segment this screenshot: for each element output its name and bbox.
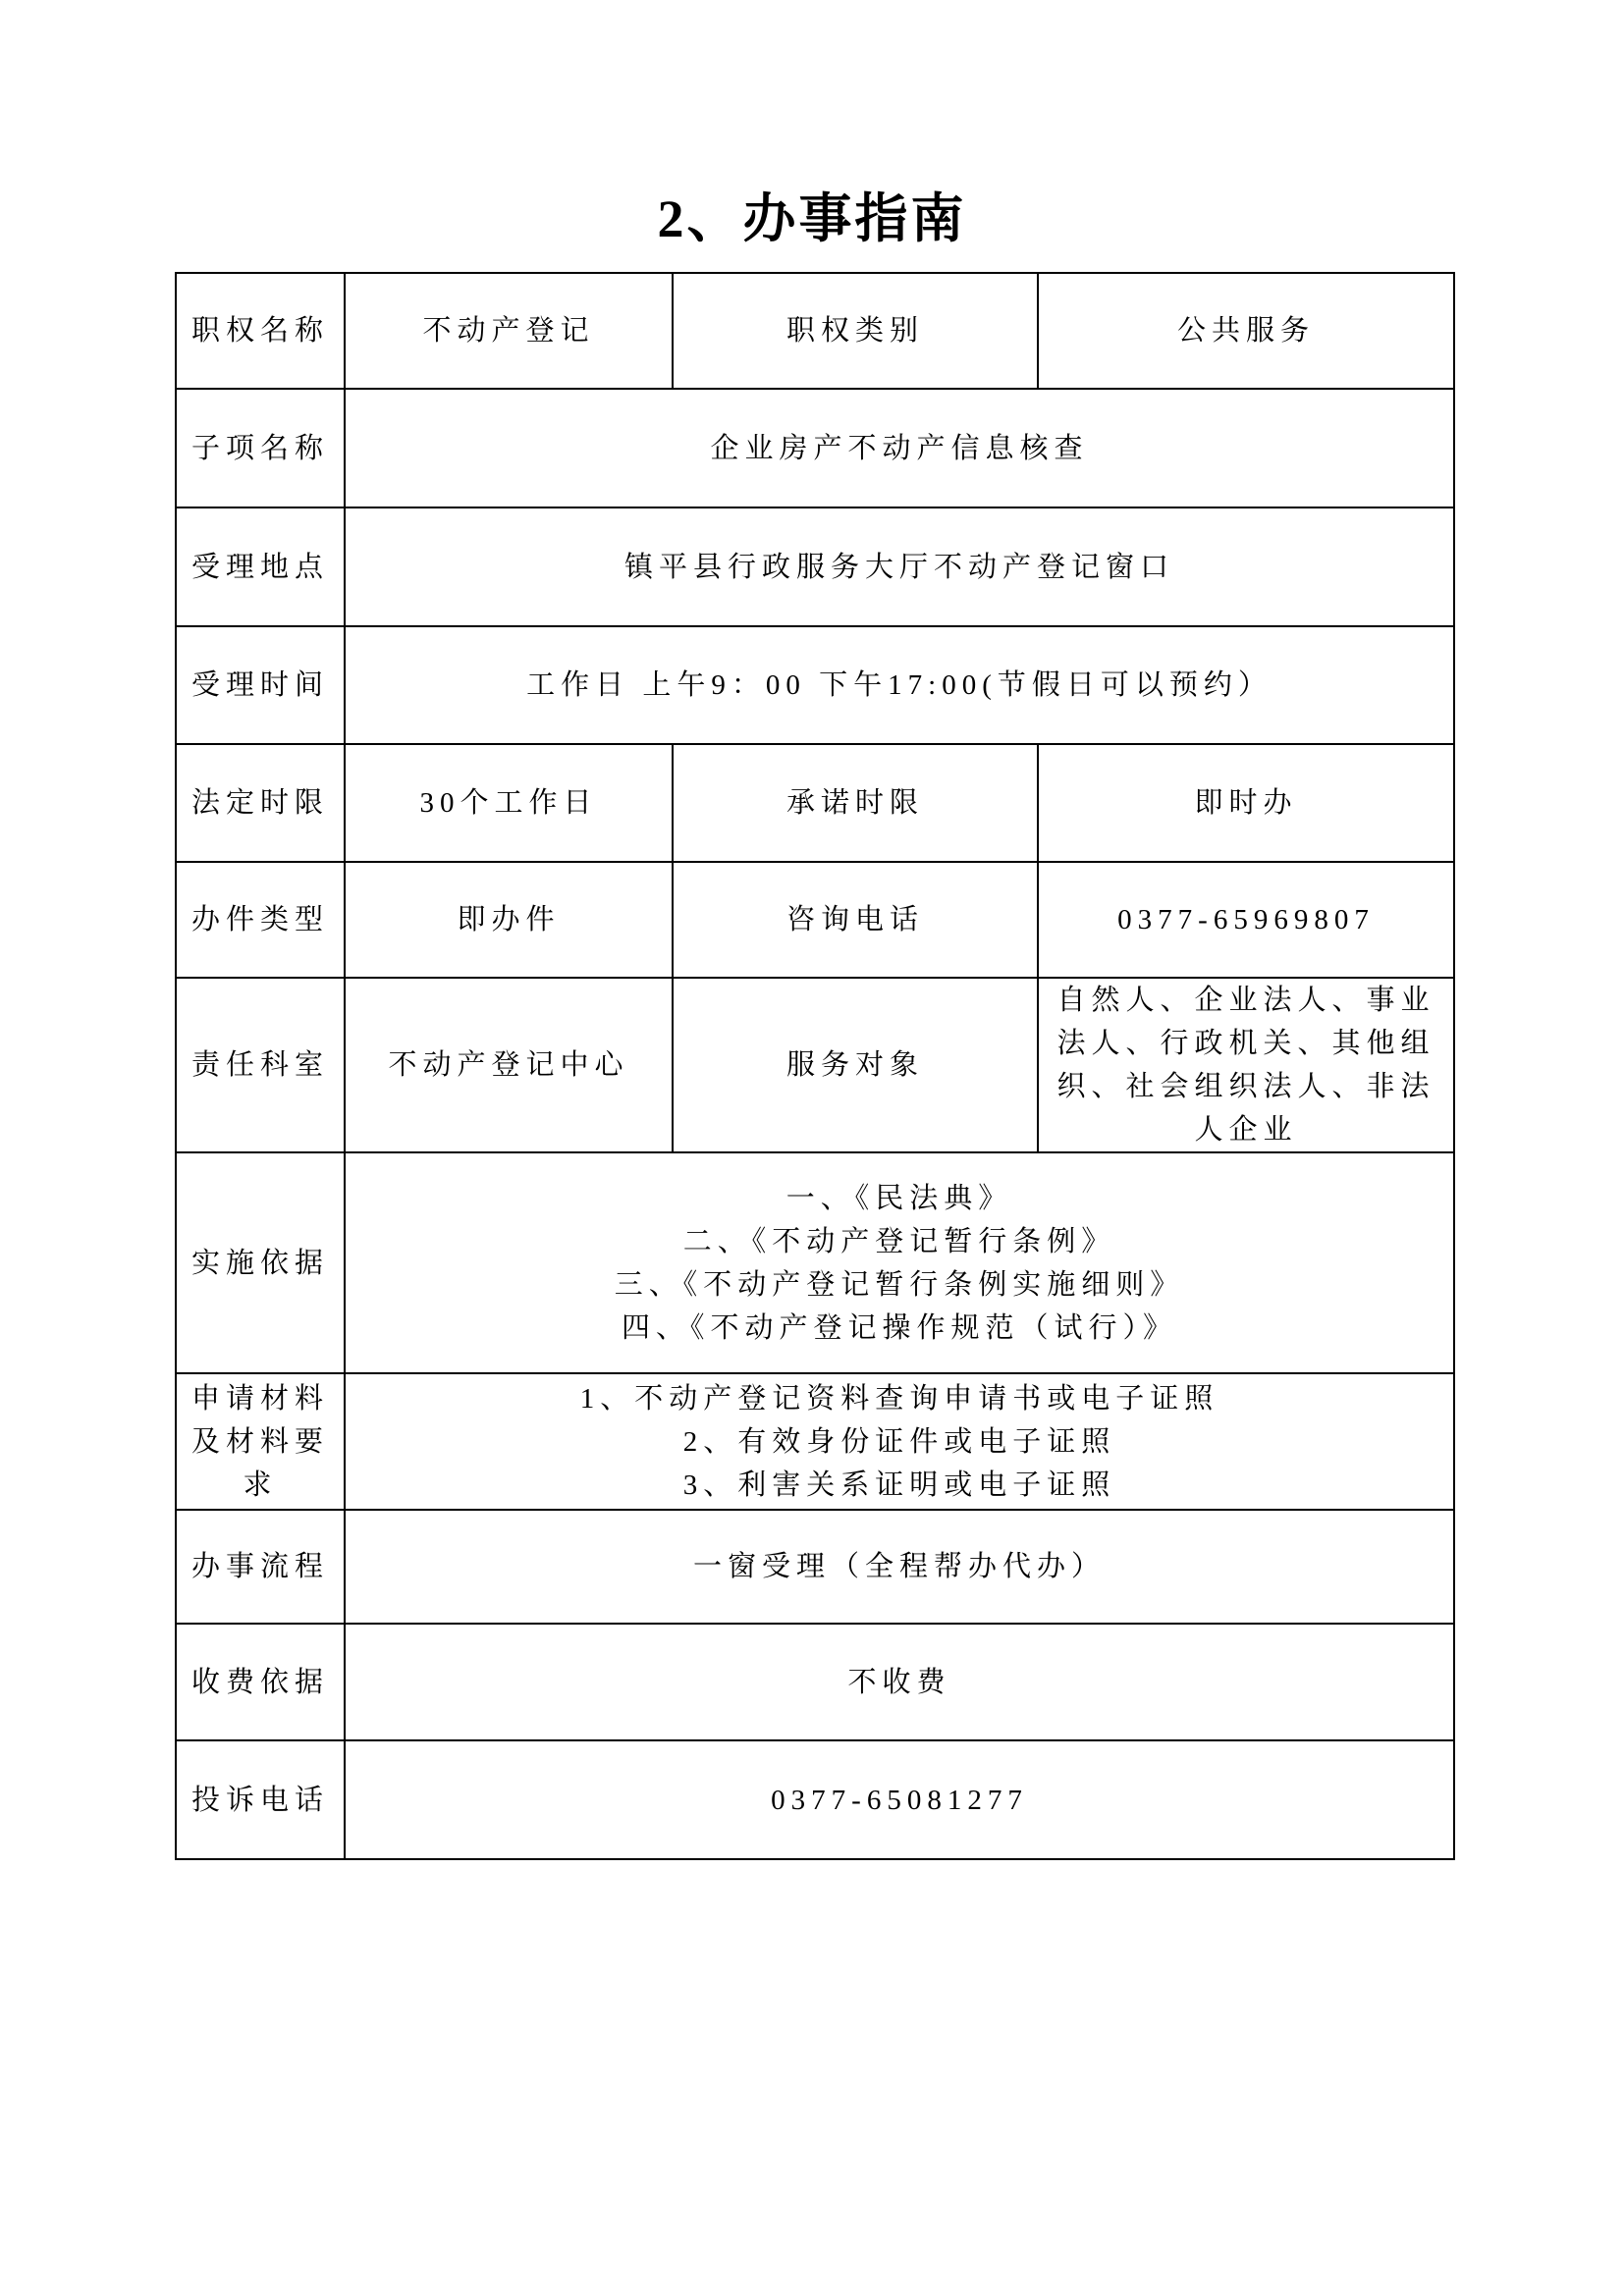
cell-responsible-office-value: 不动产登记中心 (345, 978, 673, 1152)
legal-basis-line-2: 二、《不动产登记暂行条例》 (352, 1220, 1447, 1263)
table-row: 职权名称 不动产登记 职权类别 公共服务 (176, 273, 1454, 389)
application-material-line-3: 3、利害关系证明或电子证照 (352, 1464, 1447, 1507)
row-label-legal-basis: 实施依据 (176, 1152, 345, 1373)
table-row: 责任科室 不动产登记中心 服务对象 自然人、企业法人、事业法人、行政机关、其他组… (176, 978, 1454, 1152)
row-label-authority-type: 职权类别 (673, 273, 1038, 389)
row-label-case-type: 办件类型 (176, 862, 345, 978)
table-row: 受理时间 工作日 上午9：00 下午17:00(节假日可以预约） (176, 626, 1454, 744)
application-material-line-2: 2、有效身份证件或电子证照 (352, 1420, 1447, 1464)
cell-complaint-phone-value: 0377-65081277 (345, 1740, 1454, 1859)
table-row: 法定时限 30个工作日 承诺时限 即时办 (176, 744, 1454, 862)
table-row: 申请材料及材料要求 1、不动产登记资料查询申请书或电子证照 2、有效身份证件或电… (176, 1373, 1454, 1510)
cell-authority-type-value: 公共服务 (1038, 273, 1454, 389)
row-label-promised-limit: 承诺时限 (673, 744, 1038, 862)
row-label-authority-name: 职权名称 (176, 273, 345, 389)
table-row: 投诉电话 0377-65081277 (176, 1740, 1454, 1859)
cell-application-materials: 1、不动产登记资料查询申请书或电子证照 2、有效身份证件或电子证照 3、利害关系… (345, 1373, 1454, 1510)
legal-basis-line-1: 一、《民法典》 (352, 1177, 1447, 1220)
table-row: 收费依据 不收费 (176, 1624, 1454, 1740)
row-label-acceptance-place: 受理地点 (176, 507, 345, 626)
table-row: 受理地点 镇平县行政服务大厅不动产登记窗口 (176, 507, 1454, 626)
row-label-acceptance-time: 受理时间 (176, 626, 345, 744)
application-material-line-1: 1、不动产登记资料查询申请书或电子证照 (352, 1377, 1447, 1420)
cell-consult-phone-value: 0377-65969807 (1038, 862, 1454, 978)
cell-acceptance-place-value: 镇平县行政服务大厅不动产登记窗口 (345, 507, 1454, 626)
legal-basis-line-4: 四、《不动产登记操作规范（试行）》 (352, 1307, 1447, 1350)
row-label-application-materials: 申请材料及材料要求 (176, 1373, 345, 1510)
cell-case-type-value: 即办件 (345, 862, 673, 978)
cell-process-value: 一窗受理（全程帮办代办） (345, 1510, 1454, 1624)
cell-authority-name-value: 不动产登记 (345, 273, 673, 389)
row-label-subitem-name: 子项名称 (176, 389, 345, 507)
page-title: 2、办事指南 (0, 185, 1624, 253)
table-row: 实施依据 一、《民法典》 二、《不动产登记暂行条例》 三、《不动产登记暂行条例实… (176, 1152, 1454, 1373)
row-label-process: 办事流程 (176, 1510, 345, 1624)
cell-fee-basis-value: 不收费 (345, 1624, 1454, 1740)
table-row: 子项名称 企业房产不动产信息核查 (176, 389, 1454, 507)
row-label-service-target: 服务对象 (673, 978, 1038, 1152)
cell-legal-basis: 一、《民法典》 二、《不动产登记暂行条例》 三、《不动产登记暂行条例实施细则》 … (345, 1152, 1454, 1373)
cell-promised-limit-value: 即时办 (1038, 744, 1454, 862)
row-label-fee-basis: 收费依据 (176, 1624, 345, 1740)
table-row: 办事流程 一窗受理（全程帮办代办） (176, 1510, 1454, 1624)
legal-basis-line-3: 三、《不动产登记暂行条例实施细则》 (352, 1263, 1447, 1307)
service-guide-table: 职权名称 不动产登记 职权类别 公共服务 子项名称 企业房产不动产信息核查 受理… (175, 272, 1455, 1860)
cell-subitem-name-value: 企业房产不动产信息核查 (345, 389, 1454, 507)
cell-service-target-value: 自然人、企业法人、事业法人、行政机关、其他组织、社会组织法人、非法人企业 (1038, 978, 1454, 1152)
row-label-complaint-phone: 投诉电话 (176, 1740, 345, 1859)
row-label-statutory-limit: 法定时限 (176, 744, 345, 862)
cell-statutory-limit-value: 30个工作日 (345, 744, 673, 862)
row-label-responsible-office: 责任科室 (176, 978, 345, 1152)
table-row: 办件类型 即办件 咨询电话 0377-65969807 (176, 862, 1454, 978)
cell-acceptance-time-value: 工作日 上午9：00 下午17:00(节假日可以预约） (345, 626, 1454, 744)
row-label-consult-phone: 咨询电话 (673, 862, 1038, 978)
